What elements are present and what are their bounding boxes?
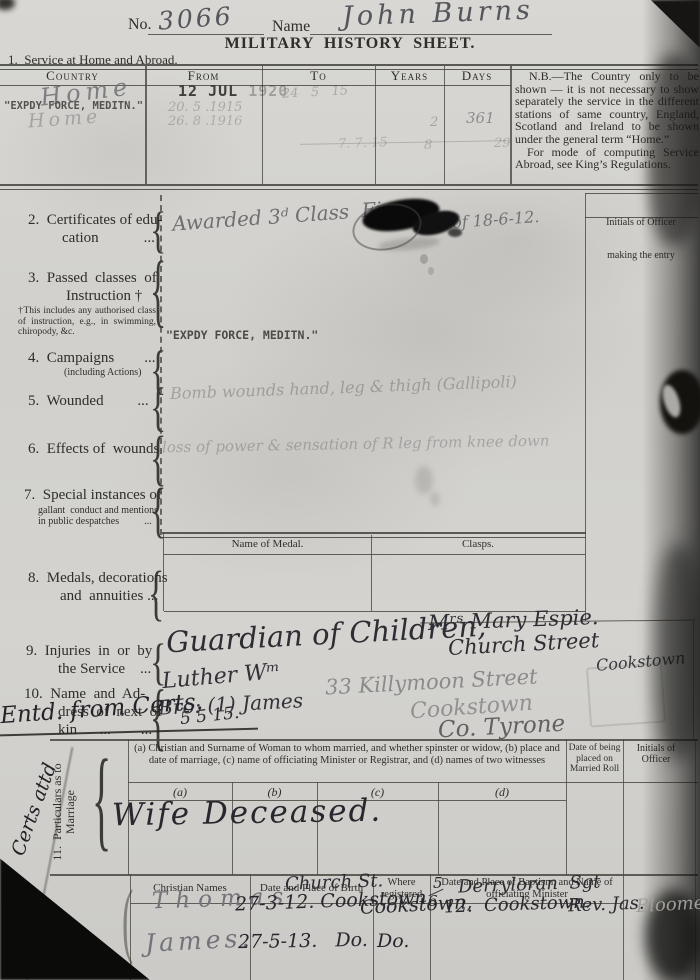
- officer-box-line2: making the entry: [586, 250, 696, 261]
- children-col-divider: [623, 874, 624, 980]
- table-bottom-rule: [0, 184, 698, 190]
- marriage-header: (a) Christian and Surname of Woman to wh…: [134, 743, 560, 767]
- wounded-entry: Bomb wounds hand, leg & thigh (Gallipoli…: [170, 374, 517, 402]
- margin-faint-stamp: [586, 662, 666, 727]
- entered-note-date: 5 5 15.: [179, 705, 240, 728]
- smudge: [430, 492, 440, 506]
- item8-label-line1: 8. Medals, decorations: [28, 570, 168, 587]
- item4-label-line2: (including Actions): [64, 367, 142, 378]
- certificates-entry-date: of 18-6-12.: [452, 209, 540, 231]
- medal-clasps-header: Clasps.: [371, 538, 585, 550]
- right-edge-stain: [648, 55, 700, 245]
- item3-label-line2: Instruction †: [66, 288, 142, 305]
- faint-entry: 24 5 15: [282, 84, 349, 100]
- ink-blot: [448, 228, 462, 237]
- faint-total-days: 29: [494, 137, 511, 150]
- medal-name-header: Name of Medal.: [164, 538, 371, 550]
- ink-dot: [428, 267, 434, 275]
- page-title: MILITARY HISTORY SHEET.: [170, 35, 530, 53]
- top-right-corner-shadow: [640, 0, 700, 48]
- marriage-col-d: (d): [438, 786, 566, 799]
- item6-label: 6. Effects of wounds: [28, 441, 159, 458]
- child-minister: Rev. Jas.: [568, 895, 645, 916]
- from-date-stamp-dark: 12 JUL: [178, 82, 238, 100]
- child-registered: Do.: [377, 932, 409, 951]
- top-left-edge-mark: [0, 0, 15, 10]
- right-edge-stain: [655, 545, 700, 760]
- marriage-brace: {: [92, 744, 111, 856]
- column-divider: [444, 66, 445, 184]
- name-value: John Burns: [342, 0, 535, 30]
- column-divider: [145, 66, 147, 184]
- item3-footnote: †This includes any authorised class of i…: [18, 306, 156, 338]
- campaigns-stamp: "EXPDY FORCE, MEDITN.": [166, 328, 318, 342]
- item9-label-line2: the Service ...: [58, 661, 151, 678]
- faint-entry: 26. 8 .1916: [168, 115, 242, 128]
- item3-label-line1: 3. Passed classes of: [28, 270, 157, 287]
- nok-address3: Co. Tyrone: [437, 713, 565, 743]
- item8-label-line2: and annuities ...: [60, 588, 158, 605]
- column-divider: [375, 66, 376, 184]
- item7-label-line1: 7. Special instances of: [24, 487, 162, 504]
- item9-label-line1: 9. Injuries in or by: [26, 643, 152, 660]
- faint-entry: 20. 5 .1915: [168, 101, 242, 114]
- no-value: 3066: [157, 3, 234, 33]
- effects-entry: loss of power & sensation of R leg from …: [162, 434, 550, 456]
- marriage-officer-border: [623, 739, 624, 875]
- col-days: Days: [444, 69, 510, 83]
- item7-label-line3: in public despatches ...: [38, 516, 152, 527]
- marriage-roll-border: [566, 739, 567, 875]
- item7-label-line2: gallant conduct and mentions: [38, 505, 158, 516]
- child-baptism-frac-bottom: 6: [428, 894, 438, 909]
- medal-header-rule: [164, 554, 585, 555]
- child-minister-surname: Bloomer: [636, 894, 700, 916]
- item2-label-line1: 2. Certificates of edu-: [28, 212, 163, 229]
- marriage-header-rule: [128, 782, 698, 783]
- country-entry-home2: Home: [27, 107, 101, 131]
- marriage-entry: Wife Deceased.: [112, 796, 383, 832]
- name-label: Name: [272, 18, 310, 36]
- from-date-stamp: 12 JUL 1920: [178, 82, 288, 100]
- smudge: [415, 466, 433, 494]
- faint-total-rule: [300, 140, 508, 145]
- ink-dot: [420, 254, 428, 264]
- military-history-sheet: No. 3066 Name John Burns MILITARY HISTOR…: [0, 0, 700, 980]
- faint-years: 2: [430, 116, 438, 129]
- faint-days: 361: [466, 111, 495, 126]
- child-birth: 27-5-13. Do.: [238, 931, 368, 952]
- item2-label-line2: cation ...: [62, 230, 155, 247]
- col-years: Years: [375, 69, 444, 83]
- item4-label-line1: 4. Campaigns ...: [28, 350, 156, 367]
- marriage-side-line2: Marriage: [64, 747, 77, 877]
- item5-label: 5. Wounded ...: [28, 393, 149, 410]
- marriage-roll-header: Date of being placed on Married Roll: [568, 743, 621, 775]
- table-right-border: [510, 66, 512, 184]
- nok-entry-line1: Luther Wᵐ: [161, 661, 281, 693]
- no-label: No.: [128, 16, 152, 34]
- nok-right-street: Church Street: [448, 630, 600, 659]
- marriage-top-rule: [50, 739, 698, 741]
